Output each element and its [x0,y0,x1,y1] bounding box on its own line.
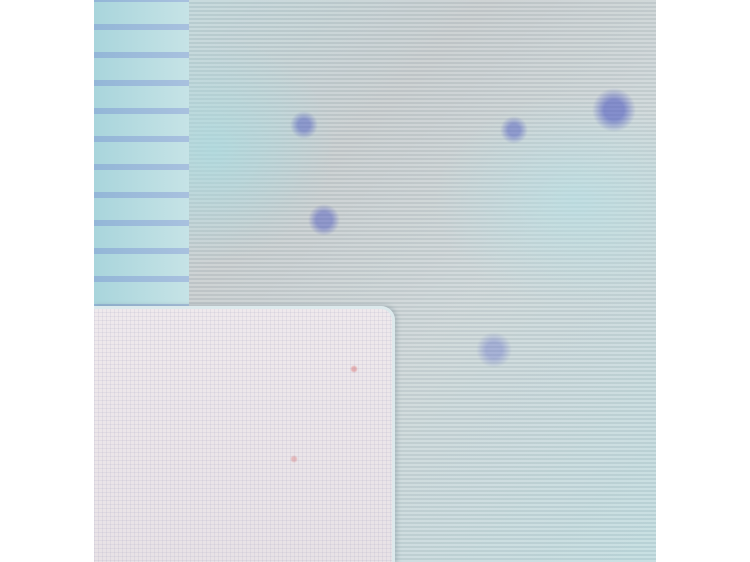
rug-border [94,0,189,310]
rug-photo [94,0,656,562]
rug-backing-fold [94,306,395,562]
